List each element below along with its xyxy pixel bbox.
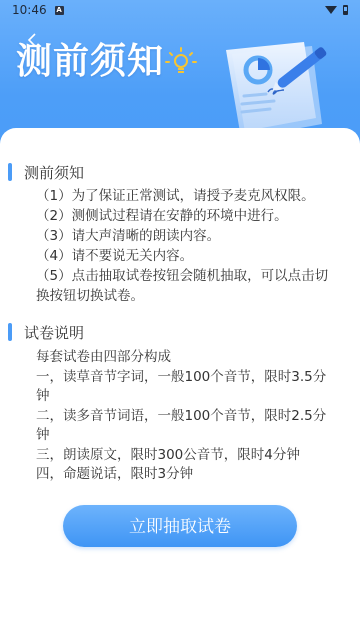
page-title: 测前须知 xyxy=(16,38,164,86)
draw-paper-button[interactable]: 立即抽取试卷 xyxy=(63,505,297,547)
notice-item: （4）请不要说无关内容。 xyxy=(36,246,336,266)
notice-section-title: 测前须知 xyxy=(24,162,84,183)
section-accent-bar xyxy=(8,163,12,181)
notice-section-header: 测前须知 xyxy=(8,160,84,184)
exam-section-title: 试卷说明 xyxy=(24,322,84,343)
lightbulb-icon xyxy=(164,46,198,76)
status-time: 10:46 xyxy=(12,3,47,17)
exam-line: 四，命题说话，限时3分钟 xyxy=(36,465,336,485)
wifi-icon xyxy=(325,6,337,14)
notice-item: （2）测侧试过程请在安静的环境中进行。 xyxy=(36,206,336,226)
notification-icon: A xyxy=(55,6,64,15)
document-pen-illustration xyxy=(212,34,342,142)
exam-line: 一，读草音节字词，一般100个音节，限时3.5分钟 xyxy=(36,368,336,407)
exam-description-list: 每套试卷由四部分构成 一，读草音节字词，一般100个音节，限时3.5分钟 二，读… xyxy=(36,348,336,485)
exam-line: 二，读多音节词语，一般100个音节，限时2.5分钟 xyxy=(36,407,336,446)
notice-list: （1）为了保证正常测试，请授予麦克风权限。 （2）测侧试过程请在安静的环境中进行… xyxy=(36,186,336,306)
notice-item: （1）为了保证正常测试，请授予麦克风权限。 xyxy=(36,186,336,206)
status-bar: 10:46 A xyxy=(0,0,360,20)
battery-icon xyxy=(343,5,348,15)
exam-section-header: 试卷说明 xyxy=(8,320,84,344)
exam-line: 三，朗读原文，限时300公音节，限时4分钟 xyxy=(36,446,336,466)
notice-item: （5）点击抽取试卷按钮会随机抽取，可以点击切换按钮切换试卷。 xyxy=(36,266,336,306)
section-accent-bar xyxy=(8,323,12,341)
exam-line: 每套试卷由四部分构成 xyxy=(36,348,336,368)
notice-item: （3）请大声清晰的朗读内容。 xyxy=(36,226,336,246)
